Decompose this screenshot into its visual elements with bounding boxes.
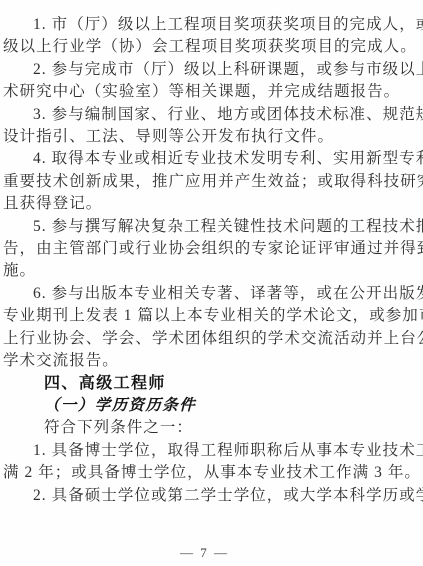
text-line: 6. 参与出版本专业相关专著、译著等，或在公开出版发行 — [3, 283, 418, 305]
text-line: 级以上行业学（协）会工程项目奖项获奖项目的完成人。 — [3, 36, 418, 58]
page-number: — 7 — — [0, 545, 409, 561]
text-line: 2. 具备硕士学位或第二学士学位，或大学本科学历或学士 — [3, 485, 418, 507]
intro-line: 符合下列条件之一： — [3, 417, 418, 439]
text-line: 3. 参与编制国家、行业、地方或团体技术标准、规范规程、 — [3, 104, 418, 126]
subsection-heading: （一）学历资历条件 — [3, 395, 418, 417]
section-heading: 四、高级工程师 — [3, 373, 418, 395]
text-line: 重要技术创新成果，推广应用并产生效益；或取得科技研究成果， — [3, 171, 418, 193]
text-line: 上行业协会、学会、学术团体组织的学术交流活动并上台公开做 — [3, 328, 418, 350]
document-page: 1. 市（厅）级以上工程项目奖项获奖项目的完成人，或市级以上行业学（协）会工程项… — [0, 0, 423, 566]
text-line: 施。 — [3, 260, 418, 282]
text-line: 4. 取得本专业或相近专业技术发明专利、实用新型专利等 — [3, 148, 418, 170]
text-line: 1. 市（厅）级以上工程项目奖项获奖项目的完成人，或市 — [3, 14, 418, 36]
document-body: 1. 市（厅）级以上工程项目奖项获奖项目的完成人，或市级以上行业学（协）会工程项… — [3, 14, 418, 507]
text-line: 5. 参与撰写解决复杂工程关键性技术问题的工程技术报 — [3, 216, 418, 238]
text-line: 术研究中心（实验室）等相关课题，并完成结题报告。 — [3, 81, 418, 103]
text-line: 专业期刊上发表 1 篇以上本专业相关的学术论文，或参加市级以 — [3, 305, 418, 327]
text-line: 1. 具备博士学位，取得工程师职称后从事本专业技术工作 — [3, 440, 418, 462]
text-line: 且获得登记。 — [3, 193, 418, 215]
text-line: 设计指引、工法、导则等公开发布执行文件。 — [3, 126, 418, 148]
text-line: 学术交流报告。 — [3, 350, 418, 372]
text-line: 告，由主管部门或行业协会组织的专家论证评审通过并得到实 — [3, 238, 418, 260]
text-line: 满 2 年；或具备博士学位，从事本专业技术工作满 3 年。 — [3, 462, 418, 484]
text-line: 2. 参与完成市（厅）级以上科研课题，或参与市级以上技 — [3, 59, 418, 81]
